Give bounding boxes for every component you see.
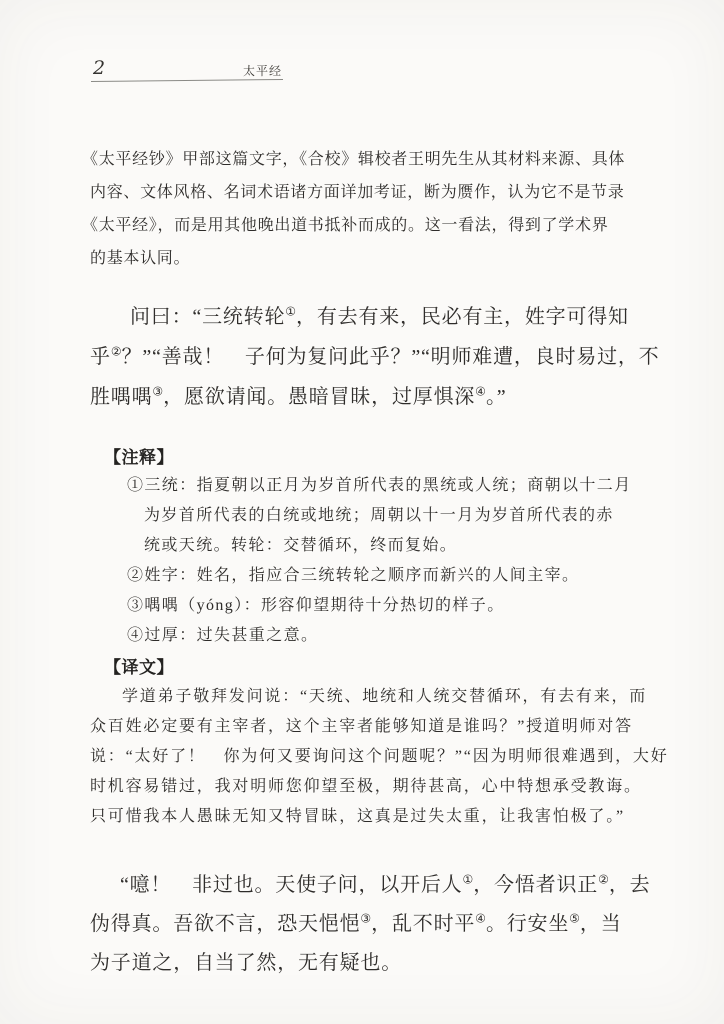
annotation-item: ②姓字：姓名，指应合三统转轮之顺序而新兴的人间主宰。 (127, 561, 647, 591)
text-line: ③喁喁（yóng）：形容仰望期待十分热切的样子。 (127, 591, 647, 621)
text-line: 众百姓必定要有主宰者，这个主宰者能够知道是谁吗？”授道明师对答 (90, 712, 650, 742)
annotation-item: ③喁喁（yóng）：形容仰望期待十分热切的样子。 (127, 591, 647, 621)
text-line: 的基本认同。 (90, 242, 650, 275)
text-line: 统或天统。转轮：交替循环，终而复始。 (127, 531, 647, 561)
text-line: 伪得真。吾欲不言，恐天悒悒③，乱不时平④。行安坐⑤，当 (90, 905, 652, 944)
note-ref-mark: ① (285, 304, 296, 318)
note-ref-mark: ④ (475, 911, 486, 925)
text-line: ④过厚：过失甚重之意。 (127, 621, 647, 651)
translation-heading: 【译文】 (104, 653, 174, 678)
text-line: 说：“太好了！ 你为何又要询问这个问题呢？”“因为明师很难遇到，大好 (90, 742, 650, 772)
text-line: 乎②？”“善哉！ 子何为复问此乎？”“明师难遭，良时易过，不 (90, 337, 652, 377)
note-ref-mark: ③ (152, 384, 163, 398)
text-line: ①三统：指夏朝以正月为岁首所代表的黑统或人统；商朝以十二月 (127, 471, 647, 501)
book-title: 太平经 (243, 62, 282, 79)
annotation-item: ④过厚：过失甚重之意。 (127, 621, 647, 651)
running-header: 2 太平经 (91, 56, 283, 81)
note-ref-mark: ③ (360, 911, 371, 925)
note-ref-mark: ① (462, 872, 473, 886)
text-line: 学道弟子敬拜发问说：“天统、地统和人统交替循环，有去有来，而 (90, 682, 650, 712)
scripture-question-paragraph: 问曰：“三统转轮①，有去有来，民必有主，姓字可得知乎②？”“善哉！ 子何为复问此… (90, 297, 652, 417)
text-line: 时机容易错过，我对明师您仰望至极，期待甚高，心中特想承受教诲。 (90, 772, 650, 802)
text-line: 为子道之，自当了然，无有疑也。 (90, 944, 652, 983)
page-number: 2 (93, 57, 105, 79)
note-ref-mark: ⑤ (569, 911, 580, 925)
text-line: ②姓字：姓名，指应合三统转轮之顺序而新兴的人间主宰。 (127, 561, 647, 591)
annotations-heading: 【注释】 (104, 443, 174, 468)
annotation-item: ①三统：指夏朝以正月为岁首所代表的黑统或人统；商朝以十二月为岁首所代表的白统或地… (127, 471, 647, 561)
text-line: 内容、文体风格、名词术语诸方面详加考证，断为赝作，认为它不是节录 (90, 176, 650, 209)
intro-paragraph: 《太平经钞》甲部这篇文字，《合校》辑校者王明先生从其材料来源、具体内容、文体风格… (90, 143, 650, 275)
text-line: 为岁首所代表的白统或地统；周朝以十一月为岁首所代表的赤 (127, 501, 647, 531)
text-line: 只可惜我本人愚昧无知又特冒昧，这真是过失太重，让我害怕极了。” (90, 802, 650, 832)
note-ref-mark: ④ (475, 384, 486, 398)
text-line: 胜喁喁③，愿欲请闻。愚暗冒昧，过厚惧深④。” (90, 377, 652, 417)
note-ref-mark: ② (111, 344, 122, 358)
text-line: 《太平经》，而是用其他晚出道书抵补而成的。这一看法，得到了学术界 (82, 209, 650, 242)
translation-paragraph: 学道弟子敬拜发问说：“天统、地统和人统交替循环，有去有来，而众百姓必定要有主宰者… (90, 682, 650, 832)
text-line: “噫！ 非过也。天使子问，以开后人①，今悟者识正②，去 (80, 866, 652, 905)
annotations-list: ①三统：指夏朝以正月为岁首所代表的黑统或人统；商朝以十二月为岁首所代表的白统或地… (127, 471, 647, 651)
book-page: 2 太平经 《太平经钞》甲部这篇文字，《合校》辑校者王明先生从其材料来源、具体内… (0, 0, 724, 1024)
note-ref-mark: ② (598, 872, 609, 886)
scripture-answer-paragraph: “噫！ 非过也。天使子问，以开后人①，今悟者识正②，去伪得真。吾欲不言，恐天悒悒… (90, 866, 652, 983)
text-line: 问曰：“三统转轮①，有去有来，民必有主，姓字可得知 (90, 297, 652, 337)
text-line: 《太平经钞》甲部这篇文字，《合校》辑校者王明先生从其材料来源、具体 (82, 143, 650, 176)
header-rule (91, 79, 283, 82)
